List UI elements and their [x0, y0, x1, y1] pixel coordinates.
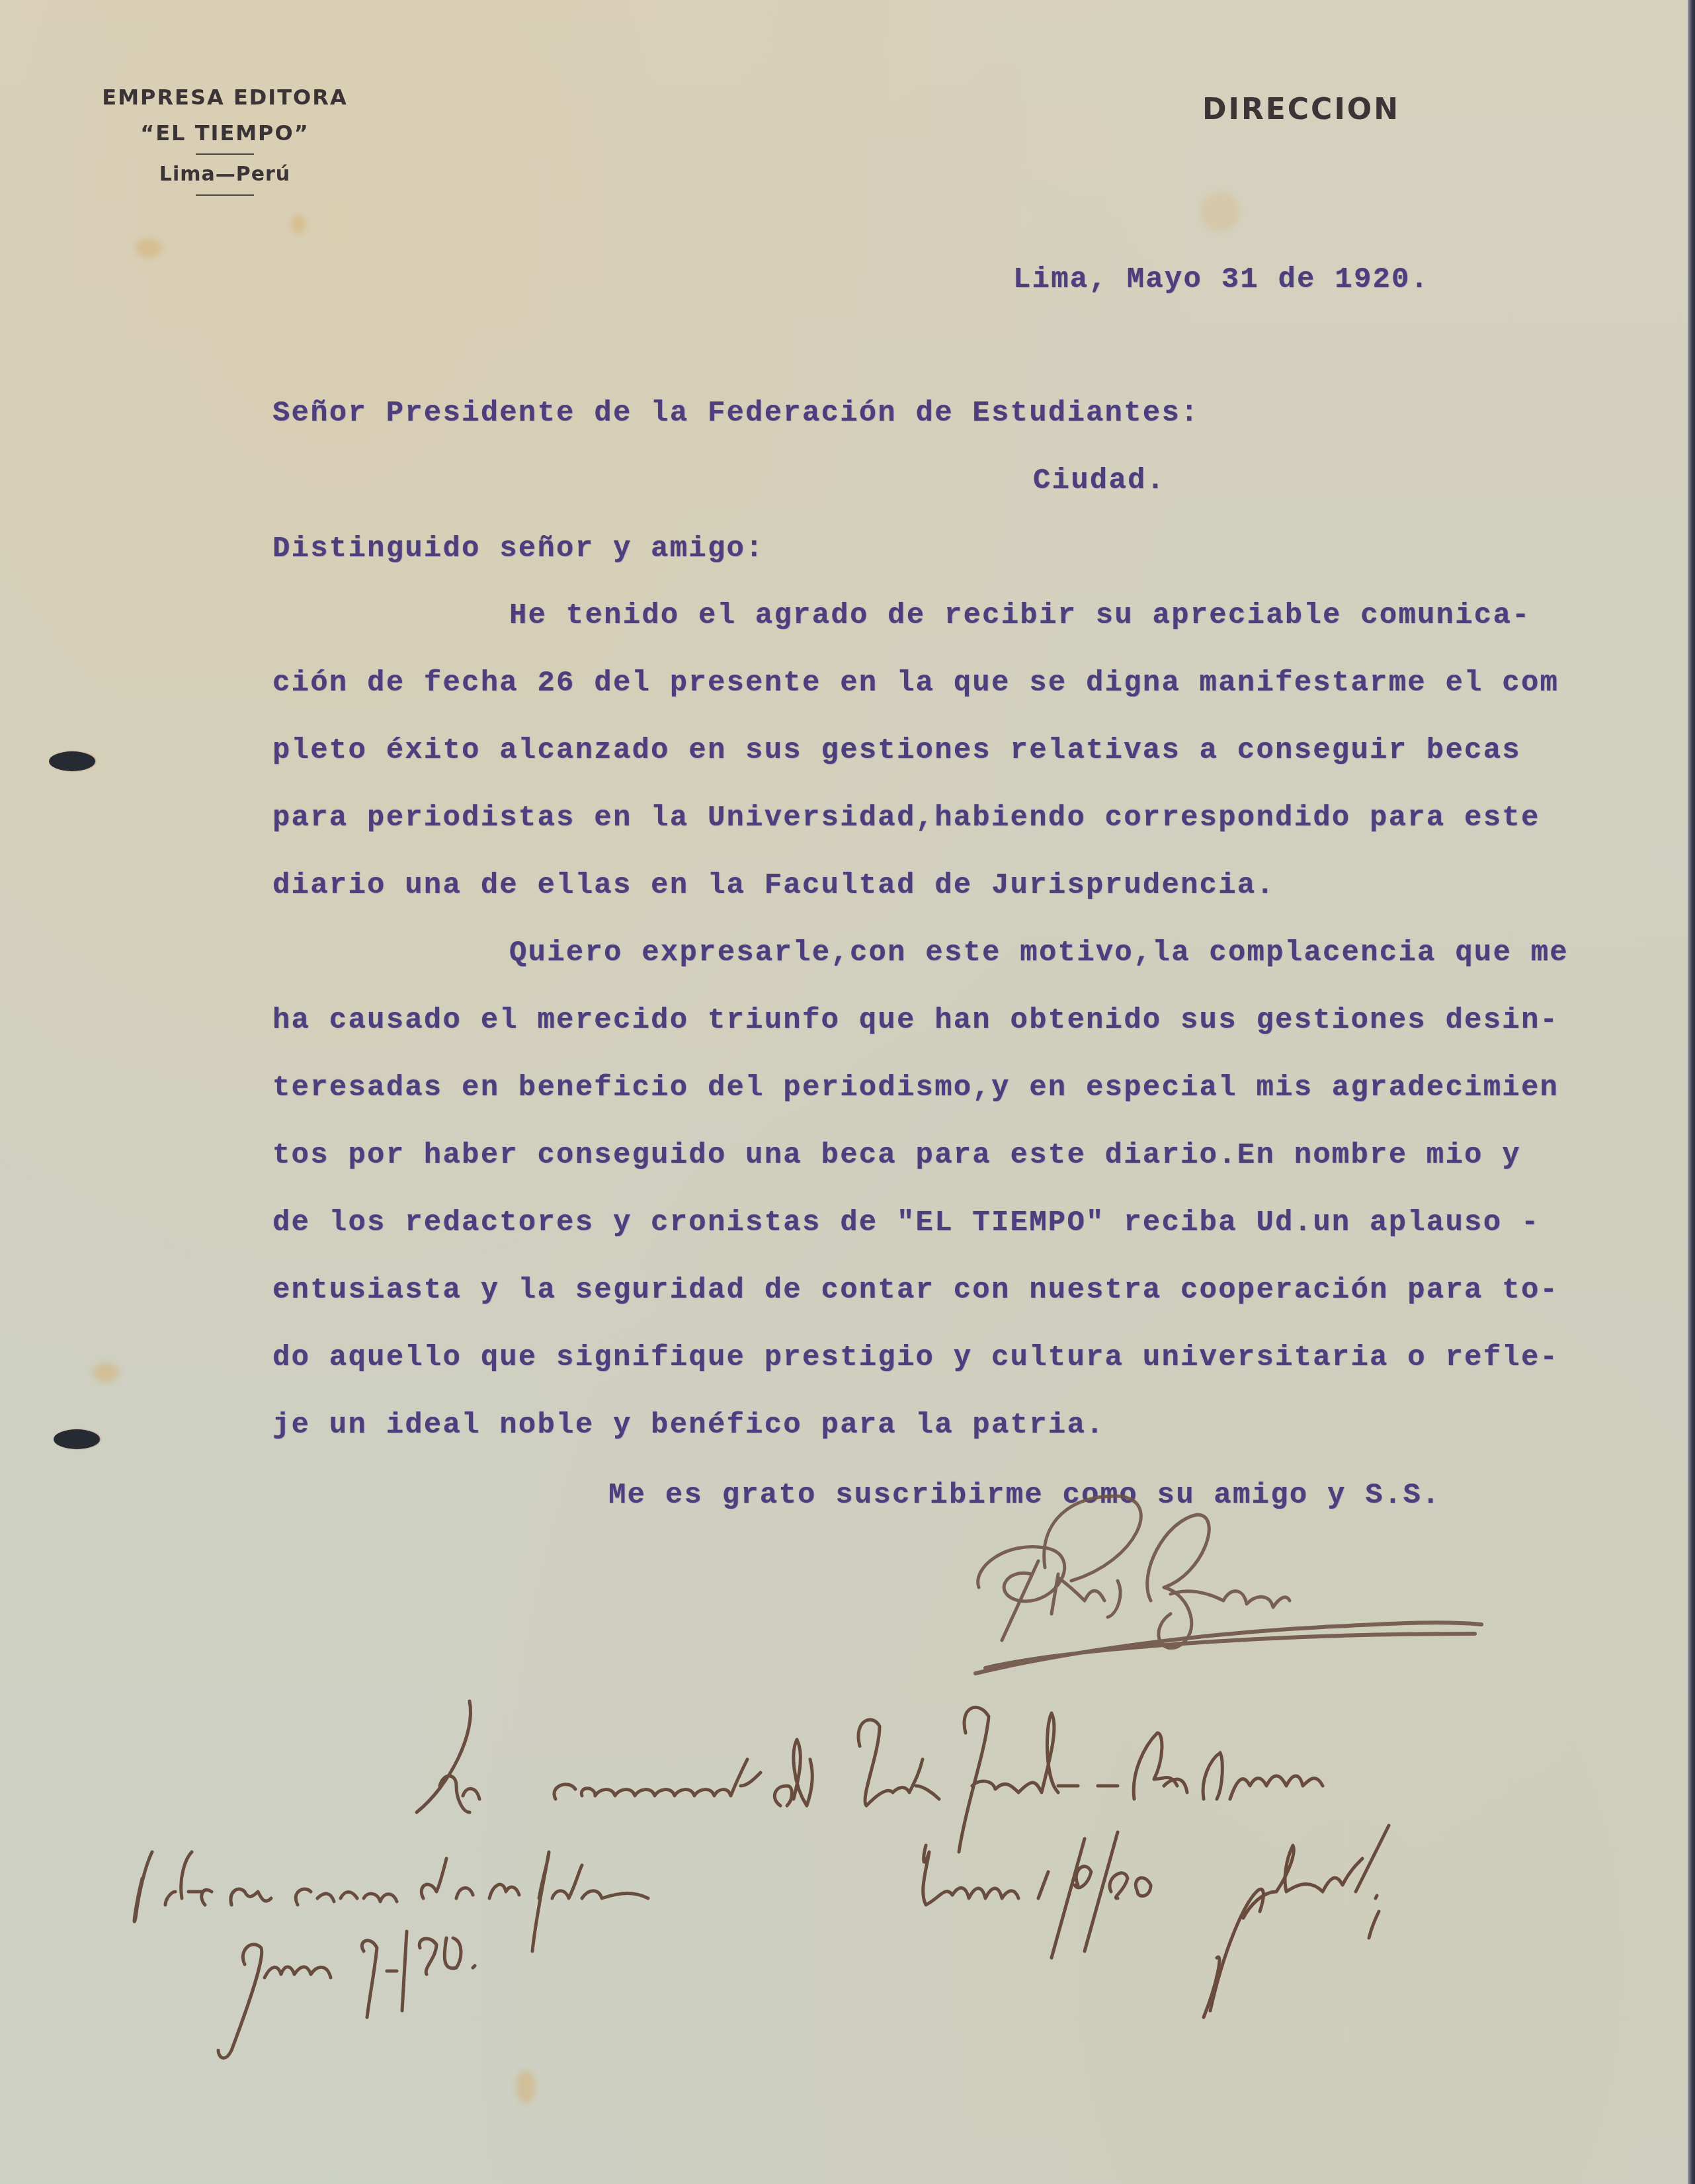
handwritten-annotation-icon [0, 0, 1695, 2184]
